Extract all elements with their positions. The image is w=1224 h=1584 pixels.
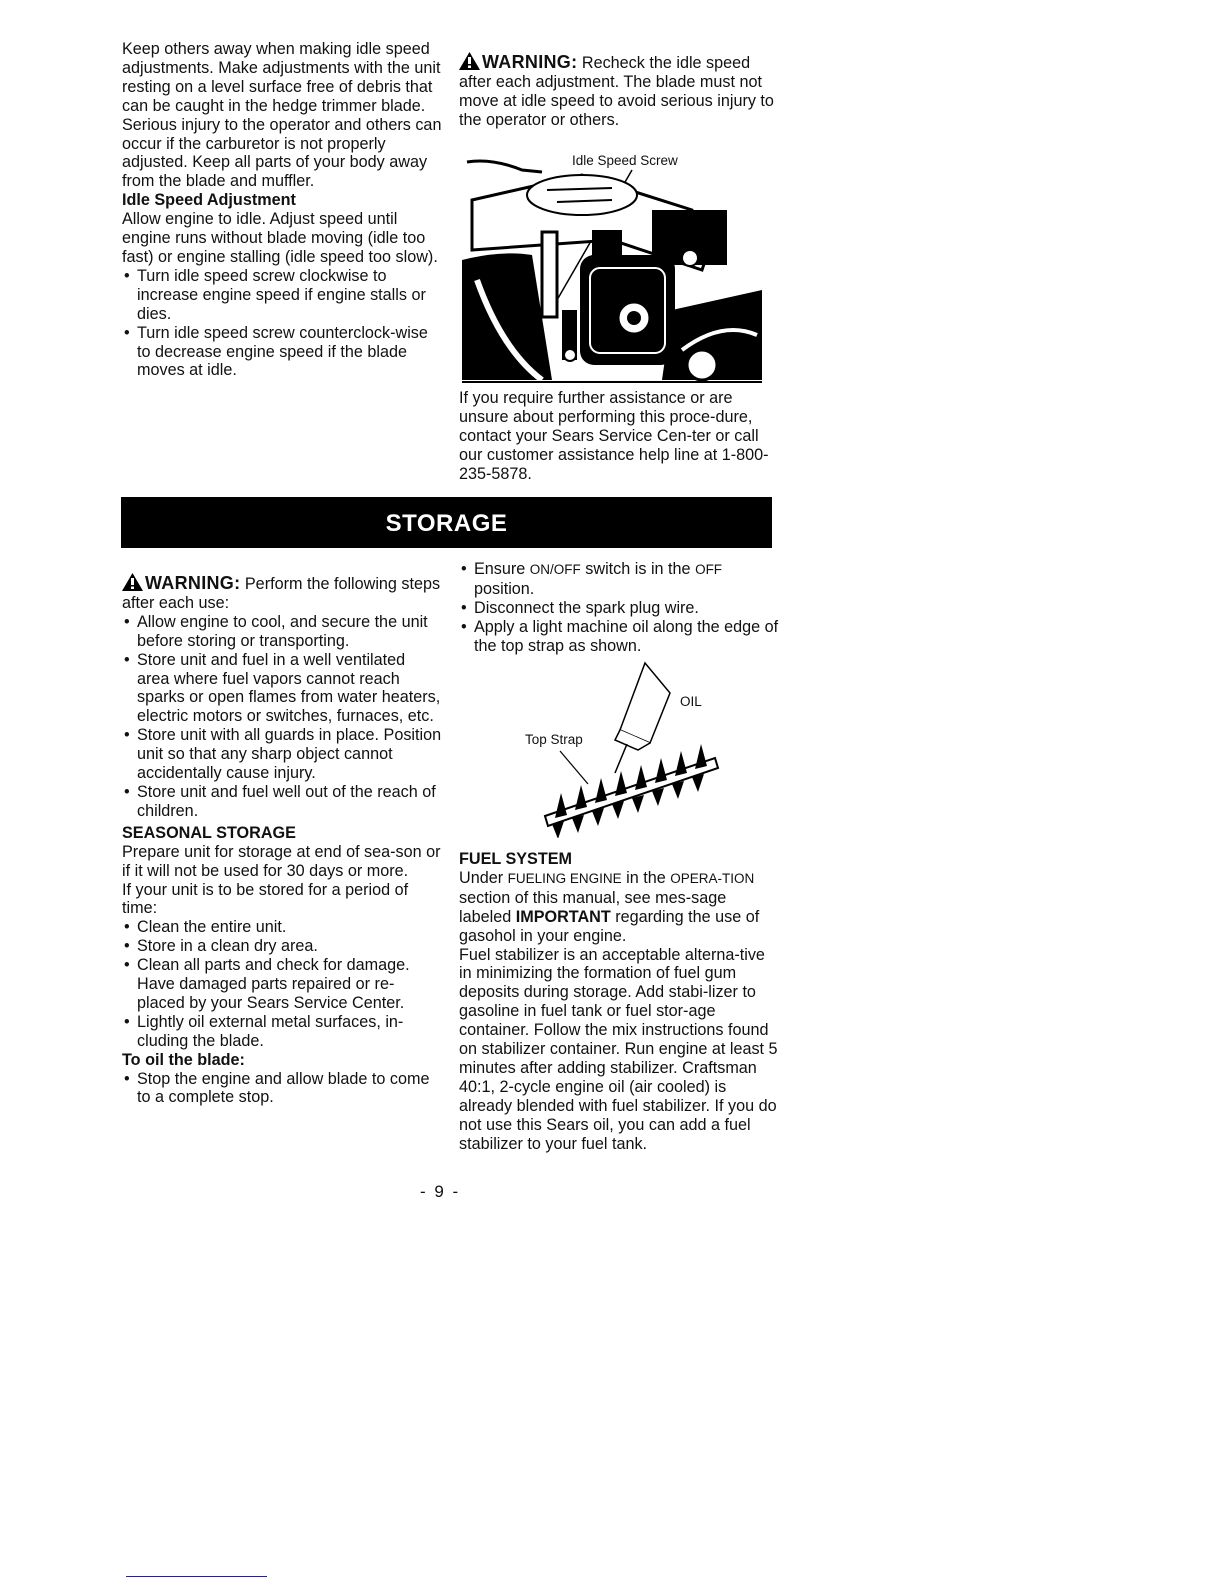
storage-right-column: Ensure ON/OFF switch is in the OFF posit… [459,560,779,656]
seasonal-storage-para-2: If your unit is to be stored for a perio… [122,881,442,919]
list-item: Ensure ON/OFF switch is in the OFF posit… [459,560,779,599]
assistance-column: If you require further assistance or are… [459,389,779,484]
list-item: Store unit and fuel in a well ventilated… [122,651,442,727]
engine-illustration [462,150,762,385]
warning-label: WARNING: [145,573,240,593]
list-item: Stop the engine and allow blade to come … [122,1070,442,1108]
seasonal-storage-bullets: Clean the entire unit. Store in a clean … [122,918,442,1050]
list-item: Apply a light machine oil along the edge… [459,618,779,656]
list-item: Store unit and fuel well out of the reac… [122,783,442,821]
storage-left-column: WARNING: Perform the following steps aft… [122,573,442,1107]
fuel-system-para-1: Under FUELING ENGINE in the OPERA-TION s… [459,869,779,946]
list-item: Store unit with all guards in place. Pos… [122,726,442,783]
fuel-system-column: FUEL SYSTEM Under FUELING ENGINE in the … [459,850,779,1154]
page-number: - 9 - [420,1182,460,1202]
warning-triangle-icon [122,573,143,591]
oil-blade-steps: Ensure ON/OFF switch is in the OFF posit… [459,560,779,656]
oil-blade-heading: To oil the blade: [122,1051,442,1070]
idle-speed-column: Keep others away when making idle speed … [122,40,442,380]
list-item: Lightly oil external metal surfaces, in-… [122,1013,442,1051]
list-item: Clean all parts and check for damage. Ha… [122,956,442,1013]
idle-warning: WARNING: Recheck the idle speed after ea… [459,52,777,130]
off-term: OFF [695,562,722,577]
important-term: IMPORTANT [516,908,611,926]
idle-warning-column: WARNING: Recheck the idle speed after ea… [459,52,777,130]
fueling-engine-term: FUELING ENGINE [508,871,622,886]
text: switch is in the [581,560,695,578]
list-item: Turn idle speed screw counterclock-wise … [122,324,442,381]
operation-term: OPERA-TION [670,871,754,886]
fuel-system-heading: FUEL SYSTEM [459,850,779,869]
storage-warning-bullets: Allow engine to cool, and secure the uni… [122,613,442,821]
assistance-text: If you require further assistance or are… [459,389,779,484]
warning-label: WARNING: [482,52,577,72]
list-item: Store in a clean dry area. [122,937,442,956]
storage-warning: WARNING: Perform the following steps aft… [122,573,442,613]
text: position. [474,580,534,598]
list-item: Turn idle speed screw clockwise to incre… [122,267,442,324]
on-off-term: ON/OFF [530,562,581,577]
idle-speed-body: Allow engine to idle. Adjust speed until… [122,210,442,267]
footer-link-underline[interactable] [126,1576,267,1577]
fuel-system-para-2: Fuel stabilizer is an acceptable alterna… [459,946,779,1154]
seasonal-storage-para-1: Prepare unit for storage at end of sea-s… [122,843,442,881]
storage-section-banner: STORAGE [121,497,772,548]
list-item: Disconnect the spark plug wire. [459,599,779,618]
idle-speed-heading: Idle Speed Adjustment [122,191,442,210]
list-item: Clean the entire unit. [122,918,442,937]
idle-speed-bullets: Turn idle speed screw clockwise to incre… [122,267,442,380]
list-item: Allow engine to cool, and secure the uni… [122,613,442,651]
warning-triangle-icon [459,52,480,70]
blade-oil-illustration [520,658,740,838]
idle-speed-intro: Keep others away when making idle speed … [122,40,442,191]
idle-speed-screw-figure: Idle Speed Screw [462,150,762,385]
text: Under [459,869,508,887]
text: in the [622,869,671,887]
oil-blade-bullets: Stop the engine and allow blade to come … [122,1070,442,1108]
top-strap-oil-figure: OIL Top Strap [520,658,740,838]
seasonal-storage-heading: SEASONAL STORAGE [122,824,442,843]
text: Ensure [474,560,530,578]
